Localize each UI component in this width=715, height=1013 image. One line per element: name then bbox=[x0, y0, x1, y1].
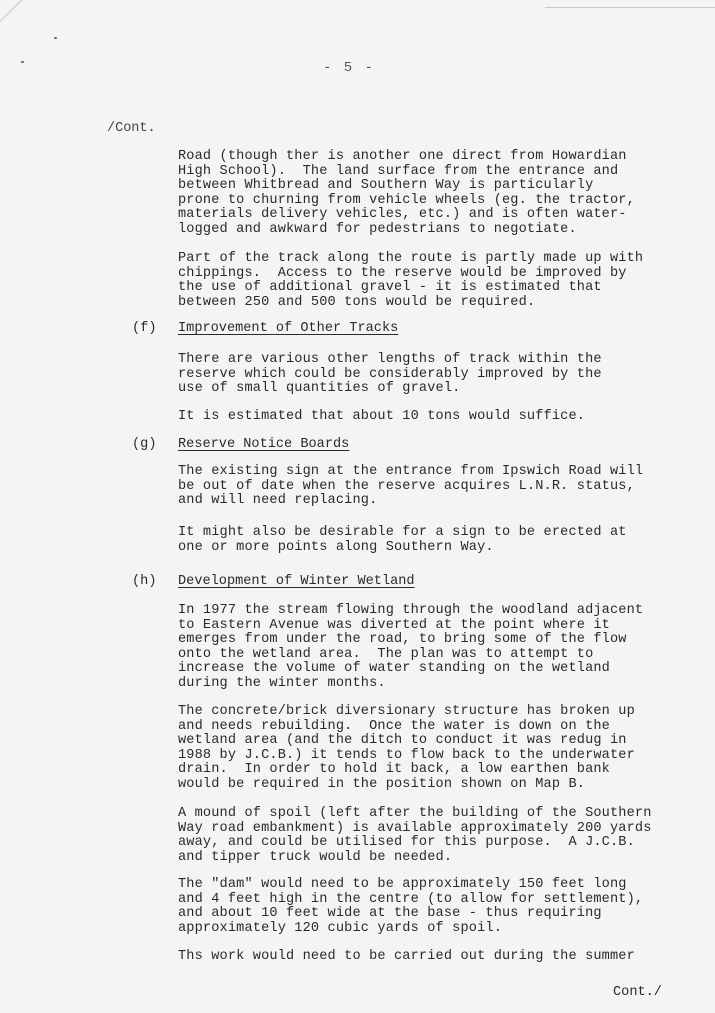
section-paragraph: Ths work would need to be carried out du… bbox=[178, 950, 708, 965]
scan-edge-line bbox=[545, 7, 715, 8]
section-label-f: (f) bbox=[132, 321, 156, 336]
continued-to-marker: Cont./ bbox=[613, 985, 662, 1000]
document-page: - 5 - /Cont. Road (though ther is anothe… bbox=[0, 0, 715, 1013]
section-paragraph: It is estimated that about 10 tons would… bbox=[178, 410, 708, 425]
intro-paragraph: Road (though ther is another one direct … bbox=[178, 150, 708, 238]
section-label-g: (g) bbox=[132, 437, 156, 452]
section-heading-f: Improvement of Other Tracks bbox=[178, 321, 398, 336]
section-paragraph: There are various other lengths of track… bbox=[178, 353, 708, 397]
section-heading-g: Reserve Notice Boards bbox=[178, 437, 349, 452]
ink-speck bbox=[21, 61, 24, 63]
section-heading-h: Development of Winter Wetland bbox=[178, 574, 415, 589]
ink-speck bbox=[54, 37, 57, 39]
section-paragraph: A mound of spoil (left after the buildin… bbox=[178, 807, 708, 865]
page-number: - 5 - bbox=[323, 60, 375, 76]
section-paragraph: It might also be desirable for a sign to… bbox=[178, 526, 708, 555]
intro-paragraph: Part of the track along the route is par… bbox=[178, 252, 708, 310]
section-paragraph: In 1977 the stream flowing through the w… bbox=[178, 604, 708, 692]
section-label-h: (h) bbox=[132, 574, 156, 589]
paper-fold-mark bbox=[0, 0, 103, 61]
section-paragraph: The existing sign at the entrance from I… bbox=[178, 465, 708, 509]
section-paragraph: The "dam" would need to be approximately… bbox=[178, 878, 708, 936]
section-paragraph: The concrete/brick diversionary structur… bbox=[178, 705, 708, 793]
continued-from-marker: /Cont. bbox=[107, 121, 156, 136]
